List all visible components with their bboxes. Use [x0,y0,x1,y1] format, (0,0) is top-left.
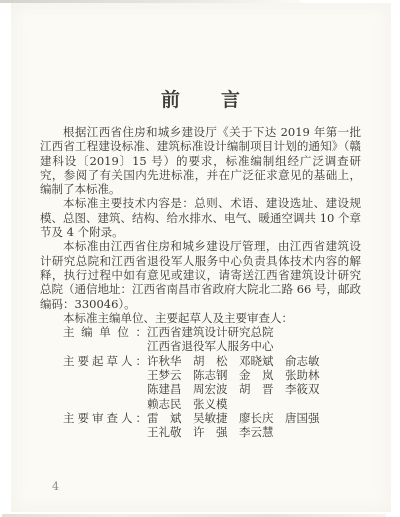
scanned-document: 前 言 根据江西省住房和城乡建设厅《关于下达 2019 年第一批江西省工程建设标… [0,0,400,517]
drafters-line: 赖志民 张义模 [147,397,320,411]
page-number: 4 [52,480,59,493]
page-title: 前 言 [11,85,391,112]
drafters-line: 许秋华 胡 松 邓晓斌 俞志敏 [147,354,320,368]
credit-row-chief-editor: 主编单位： 江西省建筑设计研究总院 江西省退役军人服务中心 [63,325,361,354]
paragraph-contents: 本标准主要技术内容是：总则、术语、建设选址、建设规模、总图、建筑、结构、给水排水… [40,196,361,239]
reviewers-line: 王礼敬 许 强 李云慧 [147,425,320,439]
reviewers-line: 雷 斌 吴敏捷 廖长庆 唐国强 [147,411,320,425]
credits-section: 主编单位： 江西省建筑设计研究总院 江西省退役军人服务中心 主要起草人： 许秋华… [40,325,361,439]
document-body: 根据江西省住房和城乡建设厅《关于下达 2019 年第一批江西省工程建设标准、建筑… [11,125,391,440]
chief-editor-unit: 江西省建筑设计研究总院 [147,325,274,339]
drafters-label: 主要起草人： [63,354,147,368]
drafters-line: 陈建昌 周宏波 胡 晋 李筱双 [147,382,320,396]
reviewers-label: 主要审查人： [63,411,147,425]
reviewers-names: 雷 斌 吴敏捷 廖长庆 唐国强 王礼敬 许 强 李云慧 [147,411,320,440]
chief-editor-units: 江西省建筑设计研究总院 江西省退役军人服务中心 [147,325,274,354]
paragraph-basis: 根据江西省住房和城乡建设厅《关于下达 2019 年第一批江西省工程建设标准、建筑… [40,125,361,196]
credit-row-drafters: 主要起草人： 许秋华 胡 松 邓晓斌 俞志敏 王梦云 陈志钢 金 岚 张助林 陈… [63,354,361,411]
drafters-line: 王梦云 陈志钢 金 岚 张助林 [147,368,320,382]
chief-editor-label: 主编单位： [63,325,147,339]
document-page: 前 言 根据江西省住房和城乡建设厅《关于下达 2019 年第一批江西省工程建设标… [11,3,391,512]
paragraph-management: 本标准由江西省住房和城乡建设厅管理，由江西省建筑设计研究总院和江西省退役军人服务… [40,239,361,310]
paragraph-credits-intro: 本标准主编单位、主要起草人及主要审查人： [40,311,361,325]
chief-editor-unit: 江西省退役军人服务中心 [147,339,274,353]
credit-row-reviewers: 主要审查人： 雷 斌 吴敏捷 廖长庆 唐国强 王礼敬 许 强 李云慧 [63,411,361,440]
drafters-names: 许秋华 胡 松 邓晓斌 俞志敏 王梦云 陈志钢 金 岚 张助林 陈建昌 周宏波 … [147,354,320,411]
